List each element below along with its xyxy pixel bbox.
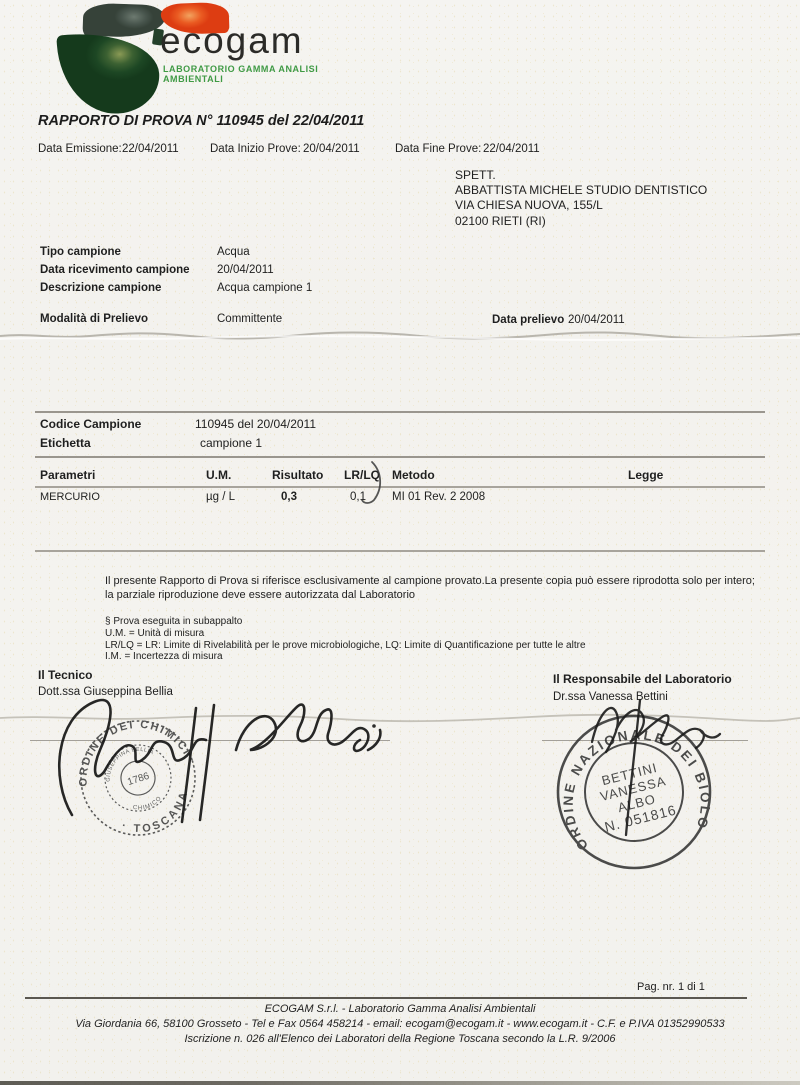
table-rule-mid: [35, 456, 765, 458]
table-rule-header: [35, 486, 765, 488]
recipient-line: SPETT.: [455, 168, 707, 183]
etichetta-value: campione 1: [200, 436, 262, 450]
legend-line: I.M. = Incertezza di misura: [105, 651, 586, 663]
pen-mark: [340, 458, 390, 513]
modalita-prelievo-label: Modalità di Prelievo: [40, 313, 148, 325]
data-fine-label: Data Fine Prove:: [395, 143, 481, 155]
responsabile-title: Il Responsabile del Laboratorio: [553, 672, 732, 686]
disclaimer-text: Il presente Rapporto di Prova si riferis…: [105, 574, 760, 602]
footer-contacts: Via Giordania 66, 58100 Grosseto - Tel e…: [0, 1018, 800, 1030]
recipient-line: 02100 RIETI (RI): [455, 214, 707, 229]
scanned-report-page: ecogam LABORATORIO GAMMA ANALISI AMBIENT…: [0, 0, 800, 1085]
report-title: RAPPORTO DI PROVA N° 110945 del 22/04/20…: [38, 113, 364, 129]
col-header-um: U.M.: [206, 468, 231, 482]
legend-line: U.M. = Unità di misura: [105, 628, 586, 640]
table-rule-top: [35, 411, 765, 413]
tecnico-signature: [30, 680, 400, 840]
fold-crease: [0, 326, 800, 346]
footer-registration: Iscrizione n. 026 all'Elenco dei Laborat…: [0, 1033, 800, 1045]
data-prelievo-label: Data prelievo: [492, 314, 564, 326]
recipient-address: SPETT. ABBATTISTA MICHELE STUDIO DENTIST…: [455, 168, 707, 229]
legend-line: § Prova eseguita in subappalto: [105, 616, 586, 628]
data-inizio-value: 20/04/2011: [303, 143, 360, 155]
table-rule-bottom: [35, 550, 765, 552]
result-metodo: MI 01 Rev. 2 2008: [392, 491, 485, 503]
legend-line: LR/LQ = LR: Limite di Rivelabilità per l…: [105, 640, 586, 652]
logo-brand-text: ecogam: [160, 20, 304, 62]
recipient-line: VIA CHIESA NUOVA, 155/L: [455, 198, 707, 213]
col-header-risultato: Risultato: [272, 468, 323, 482]
data-ricevimento-value: 20/04/2011: [217, 264, 274, 276]
data-prelievo-value: 20/04/2011: [568, 314, 625, 326]
data-emissione-label: Data Emissione:: [38, 143, 122, 155]
col-header-metodo: Metodo: [392, 468, 435, 482]
data-ricevimento-label: Data ricevimento campione: [40, 264, 190, 276]
col-header-legge: Legge: [628, 468, 663, 482]
tipo-campione-label: Tipo campione: [40, 246, 121, 258]
logo-leaf-green-icon: [56, 29, 161, 118]
etichetta-label: Etichetta: [40, 436, 91, 450]
footer-rule: [25, 997, 747, 999]
data-emissione-value: 22/04/2011: [122, 143, 179, 155]
result-um: µg / L: [206, 491, 235, 503]
codice-campione-value: 110945 del 20/04/2011: [195, 417, 316, 431]
result-parametro: MERCURIO: [40, 491, 100, 503]
col-header-parametri: Parametri: [40, 468, 95, 482]
page-number: Pag. nr. 1 di 1: [637, 981, 705, 993]
ecogam-logo: ecogam LABORATORIO GAMMA ANALISI AMBIENT…: [55, 2, 355, 117]
modalita-prelievo-value: Committente: [217, 313, 282, 325]
scan-speckle-texture: [0, 0, 800, 1085]
data-inizio-label: Data Inizio Prove:: [210, 143, 301, 155]
tipo-campione-value: Acqua: [217, 246, 250, 258]
legend-block: § Prova eseguita in subappalto U.M. = Un…: [105, 616, 586, 663]
logo-subtitle-text: LABORATORIO GAMMA ANALISI AMBIENTALI: [163, 64, 355, 84]
codice-campione-label: Codice Campione: [40, 417, 141, 431]
recipient-line: ABBATTISTA MICHELE STUDIO DENTISTICO: [455, 183, 707, 198]
responsabile-signature: [575, 690, 745, 840]
descrizione-campione-value: Acqua campione 1: [217, 282, 312, 294]
result-risultato: 0,3: [281, 491, 297, 503]
descrizione-campione-label: Descrizione campione: [40, 282, 161, 294]
scan-vignette: [0, 0, 800, 1085]
data-fine-value: 22/04/2011: [483, 143, 540, 155]
footer-company: ECOGAM S.r.l. - Laboratorio Gamma Analis…: [0, 1003, 800, 1015]
scan-bottom-edge: [0, 1081, 800, 1085]
